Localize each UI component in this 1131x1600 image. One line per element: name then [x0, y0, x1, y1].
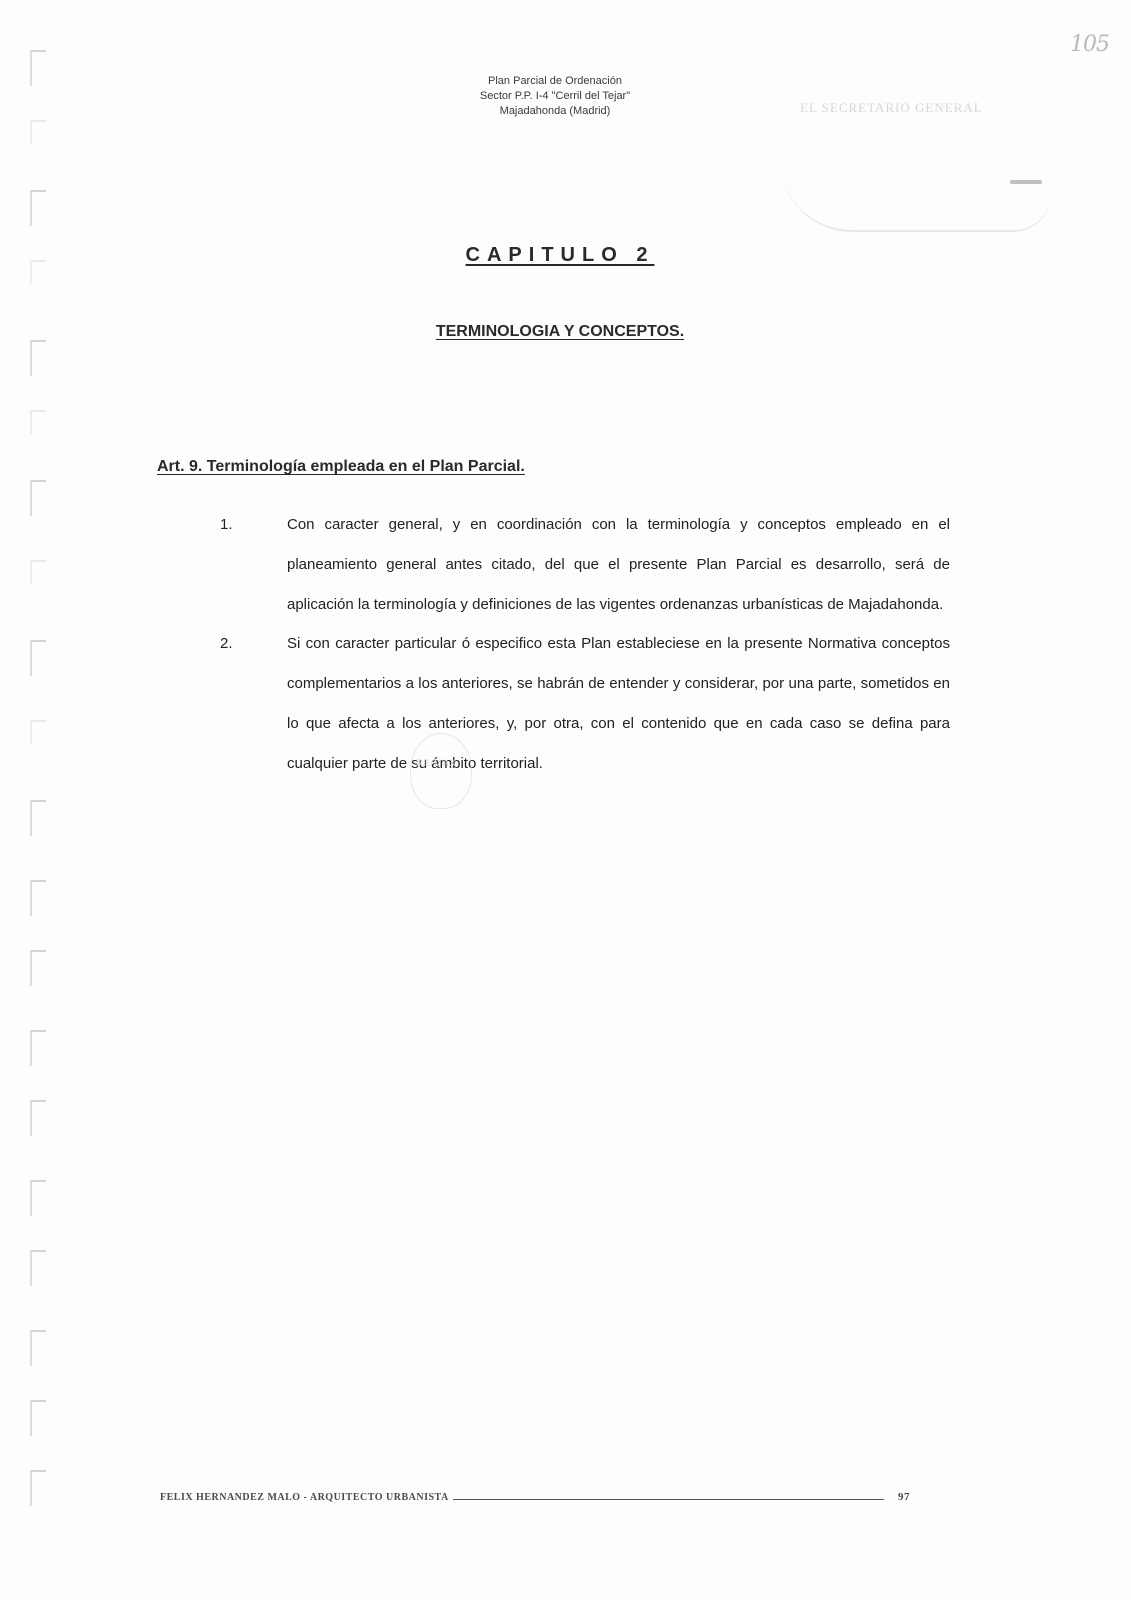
binding-hole	[30, 120, 46, 144]
footer-rule	[453, 1499, 884, 1500]
footer-page-number: 97	[898, 1491, 910, 1503]
binding-hole	[30, 950, 46, 986]
binding-hole	[30, 1330, 46, 1366]
signature-scribble	[780, 160, 1050, 232]
binding-hole	[30, 190, 46, 226]
binding-hole	[30, 880, 46, 916]
binding-hole	[30, 1400, 46, 1436]
article-clauses: 1. Con caracter general, y en coordinaci…	[220, 505, 950, 784]
watermark-text: RE/MAX	[416, 758, 457, 768]
clause-text: Si con caracter particular ó especifico …	[287, 635, 950, 771]
watermark-balloon-icon	[410, 733, 472, 809]
article-title: Art. 9. Terminología empleada en el Plan…	[157, 458, 525, 476]
clause-item: 1. Con caracter general, y en coordinaci…	[220, 505, 950, 624]
header-line-plan: Plan Parcial de Ordenación	[380, 74, 730, 89]
clause-text: Con caracter general, y en coordinación …	[287, 516, 950, 613]
chapter-title-text: CAPITULO 2	[466, 244, 655, 266]
binding-hole	[30, 480, 46, 516]
binding-hole	[30, 560, 46, 584]
chapter-title: CAPITULO 2	[360, 244, 760, 267]
binding-hole	[30, 410, 46, 434]
handwritten-page-number: 105	[1070, 32, 1109, 57]
header-line-location: Majadahonda (Madrid)	[380, 104, 730, 119]
binding-hole	[30, 340, 46, 376]
article-title-text: Art. 9. Terminología empleada en el Plan…	[157, 458, 525, 475]
binding-holes	[22, 40, 52, 1540]
official-stamp: EL SECRETARIO GENERAL	[800, 100, 983, 116]
document-header: Plan Parcial de Ordenación Sector P.P. I…	[380, 74, 730, 119]
binding-hole	[30, 1250, 46, 1286]
signature-mark	[1010, 180, 1042, 184]
binding-hole	[30, 1180, 46, 1216]
document-footer: FELIX HERNANDEZ MALO - ARQUITECTO URBANI…	[160, 1491, 910, 1503]
binding-hole	[30, 1030, 46, 1066]
chapter-subtitle: TERMINOLOGIA Y CONCEPTOS.	[300, 323, 820, 341]
clause-number: 2.	[220, 624, 233, 664]
binding-hole	[30, 260, 46, 284]
binding-hole	[30, 50, 46, 86]
binding-hole	[30, 1470, 46, 1506]
binding-hole	[30, 720, 46, 744]
header-line-sector: Sector P.P. I-4 "Cerril del Tejar"	[380, 89, 730, 104]
footer-author: FELIX HERNANDEZ MALO - ARQUITECTO URBANI…	[160, 1492, 449, 1503]
clause-number: 1.	[220, 505, 233, 545]
binding-hole	[30, 800, 46, 836]
document-page: 105 EL SECRETARIO GENERAL Plan Parcial d…	[0, 0, 1131, 1600]
clause-item: 2. Si con caracter particular ó especifi…	[220, 624, 950, 783]
chapter-subtitle-text: TERMINOLOGIA Y CONCEPTOS.	[436, 323, 684, 340]
binding-hole	[30, 1100, 46, 1136]
binding-hole	[30, 640, 46, 676]
